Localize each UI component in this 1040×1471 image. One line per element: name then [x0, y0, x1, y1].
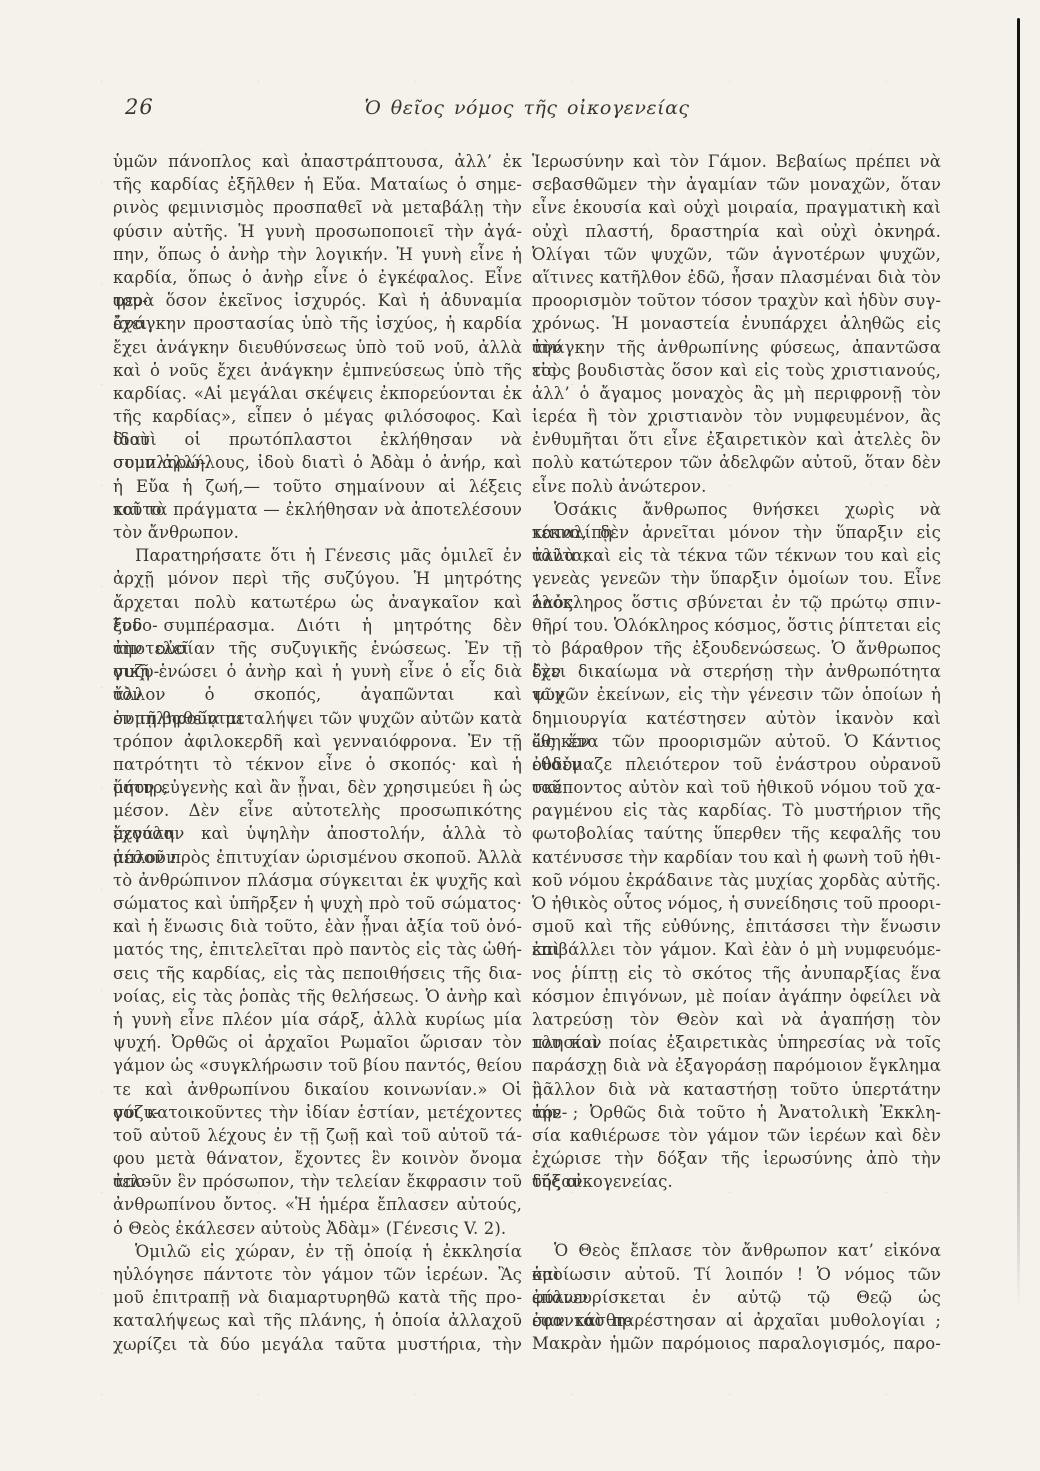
text-line: τῆς οἰκογενείας. — [532, 1170, 941, 1193]
text-line: καρδία, ὅπως ὁ ἀνὴρ εἶνε ὁ ἐγκέφαλος. Εἶ… — [113, 266, 522, 289]
text-line: μέσον. Δὲν εἶνε αὐτοτελὴς προσωπικότης ἔ… — [113, 799, 522, 822]
text-line: του καὶ ποίας ἐξαιρετικὰς ὑπηρεσίας νὰ τ… — [532, 1031, 941, 1054]
text-line: καὶ ὁ νοῦς ἔχει ἀνάγκην ἐμπνεύσεως ὑπὸ τ… — [113, 359, 522, 382]
paragraph: Ἱερωσύνην καὶ τὸν Γάμον. Βεβαίως πρέπει … — [532, 150, 941, 498]
text-line: αἵτινες κατῆλθον ἐδῶ, ἦσαν πλασμέναι διὰ… — [532, 266, 941, 289]
text-line: φερὰ ὅσον ἐκεῖνος ἰσχυρός. Καὶ ἡ ἀδυναμί… — [113, 289, 522, 312]
page-header: 26 Ὁ θεῖος νόμος τῆς οἰκογενείας — [113, 95, 941, 125]
document-page: 26 Ὁ θεῖος νόμος τῆς οἰκογενείας ὑμῶν πά… — [0, 0, 1040, 1471]
text-line: Ὁσάκις ἄνθρωπος θνήσκει χωρὶς νὰ καταλίπ… — [532, 498, 941, 521]
text-line: σαν καὶ παρέστησαν αἱ ἀρχαῖαι μυθολογίαι… — [532, 1309, 941, 1332]
text-line: διατὶ οἱ πρωτόπλαστοι ἐκλήθησαν νὰ συμπλ… — [113, 428, 522, 451]
paragraph: Ὁμιλῶ εἰς χώραν, ἐν τῇ ὁποίᾳ ἡ ἐκκλησίαη… — [113, 1240, 522, 1356]
text-line: κοῦ νόμου ἐκράδαινε τὰς μυχίας χορδὰς αὐ… — [532, 869, 941, 892]
text-line: Ὁ Θεὸς ἔπλασε τὸν ἄνθρωπον κατ’ εἰκόνα κ… — [532, 1239, 941, 1262]
text-line: Μακρὰν ἡμῶν παρόμοιος παραλογισμός, παρο… — [532, 1332, 941, 1355]
text-line: πην, ὅπως ὁ ἀνὴρ τὴν λογικήν. Ἡ γυνὴ εἶν… — [113, 243, 522, 266]
text-line: ἀλλὰ καὶ εἰς τὰ τέκνα τῶν τέκνων του καὶ… — [532, 544, 941, 567]
text-line: τελοῦν ἓν πρόσωπον, τὴν τελείαν ἔκφρασιν… — [113, 1170, 522, 1193]
text-line: Ὁμιλῶ εἰς χώραν, ἐν τῇ ὁποίᾳ ἡ ἐκκλησία — [113, 1240, 522, 1263]
text-line: μᾶλλον διὰ νὰ καταστήσῃ τοῦτο ὑπερτάτην … — [532, 1078, 941, 1101]
text-line: νος ῥίπτῃ εἰς τὸ σκότος τῆς ἀνυπαρξίας ἕ… — [532, 962, 941, 985]
text-line: ἄρχεται πολὺ κατωτέρω ὡς ἀναγκαῖον καὶ ἔ… — [113, 591, 522, 614]
text-line: γικῇ ἑνώσει ὁ ἀνὴρ καὶ ἡ γυνὴ εἶνε ὁ εἷς… — [113, 660, 522, 683]
text-line: ἔχει δικαίωμα νὰ στερήσῃ τὴν ἀνθρωπότητα… — [532, 660, 941, 683]
text-line: οὐχὶ πλαστή, δραστηρία καὶ οὐχὶ ὀκνηρά. — [532, 220, 941, 243]
text-line: παράσχῃ διὰ νὰ ἐξαγοράσῃ παρόμοιον ἔγκλη… — [532, 1054, 941, 1077]
text-line: πατρότητι τὸ τέκνον εἶνε ὁ σκοπός· καὶ ἡ… — [113, 753, 522, 776]
text-line: ἐνθυμῆται ὅτι εἶνε ἐξαιρετικὸν καὶ ἀτελὲ… — [532, 428, 941, 451]
text-line: μέσον πρὸς ἐπιτυχίαν ὡρισμένου σκοποῦ. Ἀ… — [113, 846, 522, 869]
text-line: ὡς ἕνα τῶν προορισμῶν αὐτοῦ. Ὁ Κάντιος ο… — [532, 730, 941, 753]
text-line: πολὺ κατώτερον τῶν ἀδελφῶν αὐτοῦ, ὅταν δ… — [532, 451, 941, 474]
text-line: τὸ βάραθρον τῆς ἐξουδενώσεως. Ὁ ἄνθρωπος… — [532, 637, 941, 660]
text-line: φωτοβολίας ταύτης ὕπερθεν τῆς κεφαλῆς το… — [532, 822, 941, 845]
text-line: ἐπανευρίσκεται ἐν αὐτῷ τῷ Θεῷ ὡς ἐφαντάσ… — [532, 1286, 941, 1309]
text-line: ἀνάγκην προστασίας ὑπὸ τῆς ἰσχύος, ἡ καρ… — [113, 312, 522, 335]
scan-edge-line — [1017, 18, 1021, 1308]
text-line: ἀλλ’ ὁ ἄγαμος μοναχὸς ἂς μὴ περιφρονῇ τὸ… — [532, 382, 941, 405]
text-line: ἱερέα ἢ τὸν χριστιανὸν τὸν νυμφευμένον, … — [532, 405, 941, 428]
text-line: μοῦ ἐπιτραπῇ νὰ διαμαρτυρηθῶ κατὰ τῆς πρ… — [113, 1286, 522, 1309]
text-line: ἐχώρισε τὴν δόξαν τῆς ἱερωσύνης ἀπὸ τὴν … — [532, 1147, 941, 1170]
text-line: νοίας, εἰς τὰς ῥοπὰς τῆς θελήσεως. Ὁ ἀνὴ… — [113, 985, 522, 1008]
paragraph: Ὁσάκις ἄνθρωπος θνήσκει χωρὶς νὰ καταλίπ… — [532, 498, 941, 1194]
text-line: ἐν τῇ βαθείᾳ μεταλήψει τῶν ψυχῶν αὐτῶν κ… — [113, 707, 522, 730]
text-line: εἶνε πολὺ ἀνώτερον. — [532, 475, 941, 498]
text-line: Ὀλίγαι τῶν ψυχῶν, τῶν ἁγνοτέρων ψυχῶν, — [532, 243, 941, 266]
text-line: προορισμὸν τοῦτον τόσον τραχὺν καὶ ἡδὺν … — [532, 289, 941, 312]
text-line: γάμον ὡς «συγκλήρωσιν τοῦ βίου παντός, θ… — [113, 1054, 522, 1077]
text-line: τὸν ἄνθρωπον. — [113, 521, 522, 544]
text-line: κόσμον ἐπιγόνων, μὲ ποίαν ἀγάπην ὀφείλει… — [532, 985, 941, 1008]
text-line: ὁμοίωσιν αὐτοῦ. Τί λοιπόν ! Ὁ νόμος τῶν … — [532, 1263, 941, 1286]
text-line: ραγμένου εἰς τὰς καρδίας. Τὸ μυστήριον τ… — [532, 799, 941, 822]
text-line: φύσιν αὐτῆς. Ἡ γυνὴ προσωποποιεῖ τὴν ἀγά… — [113, 220, 522, 243]
text-line: τῆς καρδίας», εἶπεν ὁ μέγας φιλόσοφος. Κ… — [113, 405, 522, 428]
text-line: τήν ; Ὀρθῶς διὰ τοῦτο ἡ Ἀνατολικὴ Ἐκκλη- — [532, 1101, 941, 1124]
text-line: ἔχει ἀνάγκην διευθύνσεως ὑπὸ τοῦ νοῦ, ἀλ… — [113, 336, 522, 359]
text-line: τοῦ αὐτοῦ λέχους ἐν τῇ ζωῇ καὶ τοῦ αὐτοῦ… — [113, 1124, 522, 1147]
text-line: ὅσον εὐγενὴς καὶ ἂν ᾖναι, δὲν χρησιμεύει… — [113, 776, 522, 799]
text-line: Παρατηρήσατε ὅτι ἡ Γένεσις μᾶς ὁμιλεῖ ἐν — [113, 544, 522, 567]
text-line: ἀνάγκην τῆς ἀνθρωπίνης φύσεως, ἀπαντῶσα … — [532, 336, 941, 359]
text-line: σώματος καὶ ὑπῆρξεν ἡ ψυχὴ πρὸ τοῦ σώματ… — [113, 892, 522, 915]
text-line: ὁλόκληρος ὅστις σβύνεται ἐν τῷ πρώτῳ σπι… — [532, 591, 941, 614]
text-line: ἀρχῇ μόνον περὶ τῆς συζύγου. Ἡ μητρότης — [113, 567, 522, 590]
text-line: ξον συμπέρασμα. Διότι ἡ μητρότης δὲν ἀπο… — [113, 614, 522, 637]
text-line: ἀνθρωπίνου ὄντος. «Ἡ ἡμέρα ἔπλασεν αὐτού… — [113, 1193, 522, 1216]
paragraph: Παρατηρήσατε ὅτι ἡ Γένεσις μᾶς ὁμιλεῖ ἐν… — [113, 544, 522, 1240]
text-line: σεις τῆς καρδίας, εἰς τὰς πεποιθήσεις τῆ… — [113, 962, 522, 985]
text-line: σμοῦ καὶ τῆς εὐθύνης, ἐπιτάσσει τὴν ἕνωσ… — [532, 915, 941, 938]
text-line: ἐθαύμαζε πλειότερον τοῦ ἐνάστρου οὐρανοῦ… — [532, 753, 941, 776]
text-line: ὑμῶν πάνοπλος καὶ ἀπαστράπτουσα, ἀλλ’ ἐκ — [113, 150, 522, 173]
text-line: ὁ Θεὸς ἐκάλεσεν αὐτοὺς Ἀδὰμ» (Γένεσις V.… — [113, 1217, 522, 1240]
text-line: γοι κατοικοῦντες τὴν ἰδίαν ἑστίαν, μετέχ… — [113, 1101, 522, 1124]
text-line: τέκνα, δὲν ἀρνεῖται μόνον τὴν ὕπαρξιν εἰ… — [532, 521, 941, 544]
text-line: φου μετὰ θάνατον, ἔχοντες ἓν κοινὸν ὄνομ… — [113, 1147, 522, 1170]
text-line: ἡ γυνὴ εἶνε πλέον μία σάρξ, ἀλλὰ κυρίως … — [113, 1008, 522, 1031]
text-line: τὴν οὐσίαν τῆς συζυγικῆς ἑνώσεως. Ἐν τῇ … — [113, 637, 522, 660]
running-title: Ὁ θεῖος νόμος τῆς οἰκογενείας — [113, 97, 941, 119]
text-line: λατρεύσῃ τὸν Θεὸν καὶ νὰ ἀγαπήσῃ τὸν πλη… — [532, 1008, 941, 1031]
text-line: θῆρί του. Ὁλόκληρος κόσμος, ὅστις ῥίπτετ… — [532, 614, 941, 637]
paragraph: ὑμῶν πάνοπλος καὶ ἀπαστράπτουσα, ἀλλ’ ἐκ… — [113, 150, 522, 544]
text-line: τῆς καρδίας ἐξῆλθεν ἡ Εὔα. Ματαίως ὁ σημ… — [113, 173, 522, 196]
text-line: Ὁ ἠθικὸς οὗτος νόμος, ἡ συνείδησις τοῦ π… — [532, 892, 941, 915]
text-line: καταλήψεως καὶ τῆς πλάνης, ἡ ὁποία ἀλλαχ… — [113, 1309, 522, 1332]
text-line: ψυχή. Ὀρθῶς οἱ ἀρχαῖοι Ρωμαῖοι ὥρισαν τὸ… — [113, 1031, 522, 1054]
text-line: ρινὸς φεμινισμὸς προσπαθεῖ νὰ μεταβάλῃ τ… — [113, 196, 522, 219]
text-line: σκέποντος αὐτὸν καὶ τοῦ ἠθικοῦ νόμου τοῦ… — [532, 776, 941, 799]
text-line: ἐπιβάλλει τὸν γάμον. Καὶ ἐὰν ὁ μὴ νυμφευ… — [532, 938, 941, 961]
text-line: χρόνως. Ἡ μοναστεία ἐνυπάρχει ἀληθῶς εἰς… — [532, 312, 941, 335]
text-line: τρόπον ἀφιλοκερδῆ καὶ γενναιόφρονα. Ἐν τ… — [113, 730, 522, 753]
text-line: ψυχῶν ἐκείνων, εἰς τὴν γένεσιν τῶν ὁποίω… — [532, 683, 941, 706]
paragraph: Ὁ Θεὸς ἔπλασε τὸν ἄνθρωπον κατ’ εἰκόνα κ… — [532, 1239, 941, 1355]
text-line: ἄλλον ὁ σκοπός, ἀγαπῶνται καὶ συμπληροῦν… — [113, 683, 522, 706]
text-line: σία καθιέρωσε τὸν γάμον τῶν ἱερέων καὶ δ… — [532, 1124, 941, 1147]
text-line: καὶ ἡ ἕνωσις διὰ τοῦτο, ἐὰν ᾖναι ἀξία το… — [113, 915, 522, 938]
text-line: καρδίας. «Αἱ μεγάλαι σκέψεις ἐκπορεύοντα… — [113, 382, 522, 405]
right-column: Ἱερωσύνην καὶ τὸν Γάμον. Βεβαίως πρέπει … — [532, 150, 941, 1356]
text-line: εἶνε ἑκουσία καὶ οὐχὶ μοιραία, πραγματικ… — [532, 196, 941, 219]
text-line: σουν ἀλλήλους, ἰδοὺ διατὶ ὁ Ἀδὰμ ὁ ἀνήρ,… — [113, 451, 522, 474]
text-line: Ἱερωσύνην καὶ τὸν Γάμον. Βεβαίως πρέπει … — [532, 150, 941, 173]
text-line: καὶ τὰ πράγματα — ἐκλήθησαν νὰ ἀποτελέσο… — [113, 498, 522, 521]
text-line: μεγάλην καὶ ὑψηλὴν ἀποστολήν, ἀλλὰ τὸ ἁπ… — [113, 822, 522, 845]
text-columns: ὑμῶν πάνοπλος καὶ ἀπαστράπτουσα, ἀλλ’ ἐκ… — [113, 150, 941, 1356]
text-line: ἡ Εὔα ἡ ζωή,— τοῦτο σημαίνουν αἱ λέξεις … — [113, 475, 522, 498]
left-column: ὑμῶν πάνοπλος καὶ ἀπαστράπτουσα, ἀλλ’ ἐκ… — [113, 150, 522, 1356]
text-line: γενεὰς γενεῶν τὴν ὕπαρξιν ὁμοίων του. Εἶ… — [532, 567, 941, 590]
text-line: δημιουργία κατέστησεν αὐτὸν ἱκανὸν καὶ ἔ… — [532, 707, 941, 730]
text-line: τὸ ἀνθρώπινον πλάσμα σύγκειται ἐκ ψυχῆς … — [113, 869, 522, 892]
text-line: ματός της, ἐπιτελεῖται πρὸ παντὸς εἰς τὰ… — [113, 938, 522, 961]
text-line: κατένυσσε τὴν καρδίαν του καὶ ἡ φωνὴ τοῦ… — [532, 846, 941, 869]
text-line: σεβασθῶμεν τὴν ἀγαμίαν τῶν μοναχῶν, ὅταν — [532, 173, 941, 196]
text-line: ηὐλόγησε πάντοτε τὸν γάμον τῶν ἱερέων. Ἂ… — [113, 1263, 522, 1286]
text-line: χωρίζει τὰ δύο μεγάλα ταῦτα μυστήρια, τὴ… — [113, 1333, 522, 1356]
text-line: τοὺς βουδιστὰς ὅσον καὶ εἰς τοὺς χριστια… — [532, 359, 941, 382]
text-line: τε καὶ ἀνθρωπίνου δικαίου κοινωνίαν.» Οἱ… — [113, 1078, 522, 1101]
